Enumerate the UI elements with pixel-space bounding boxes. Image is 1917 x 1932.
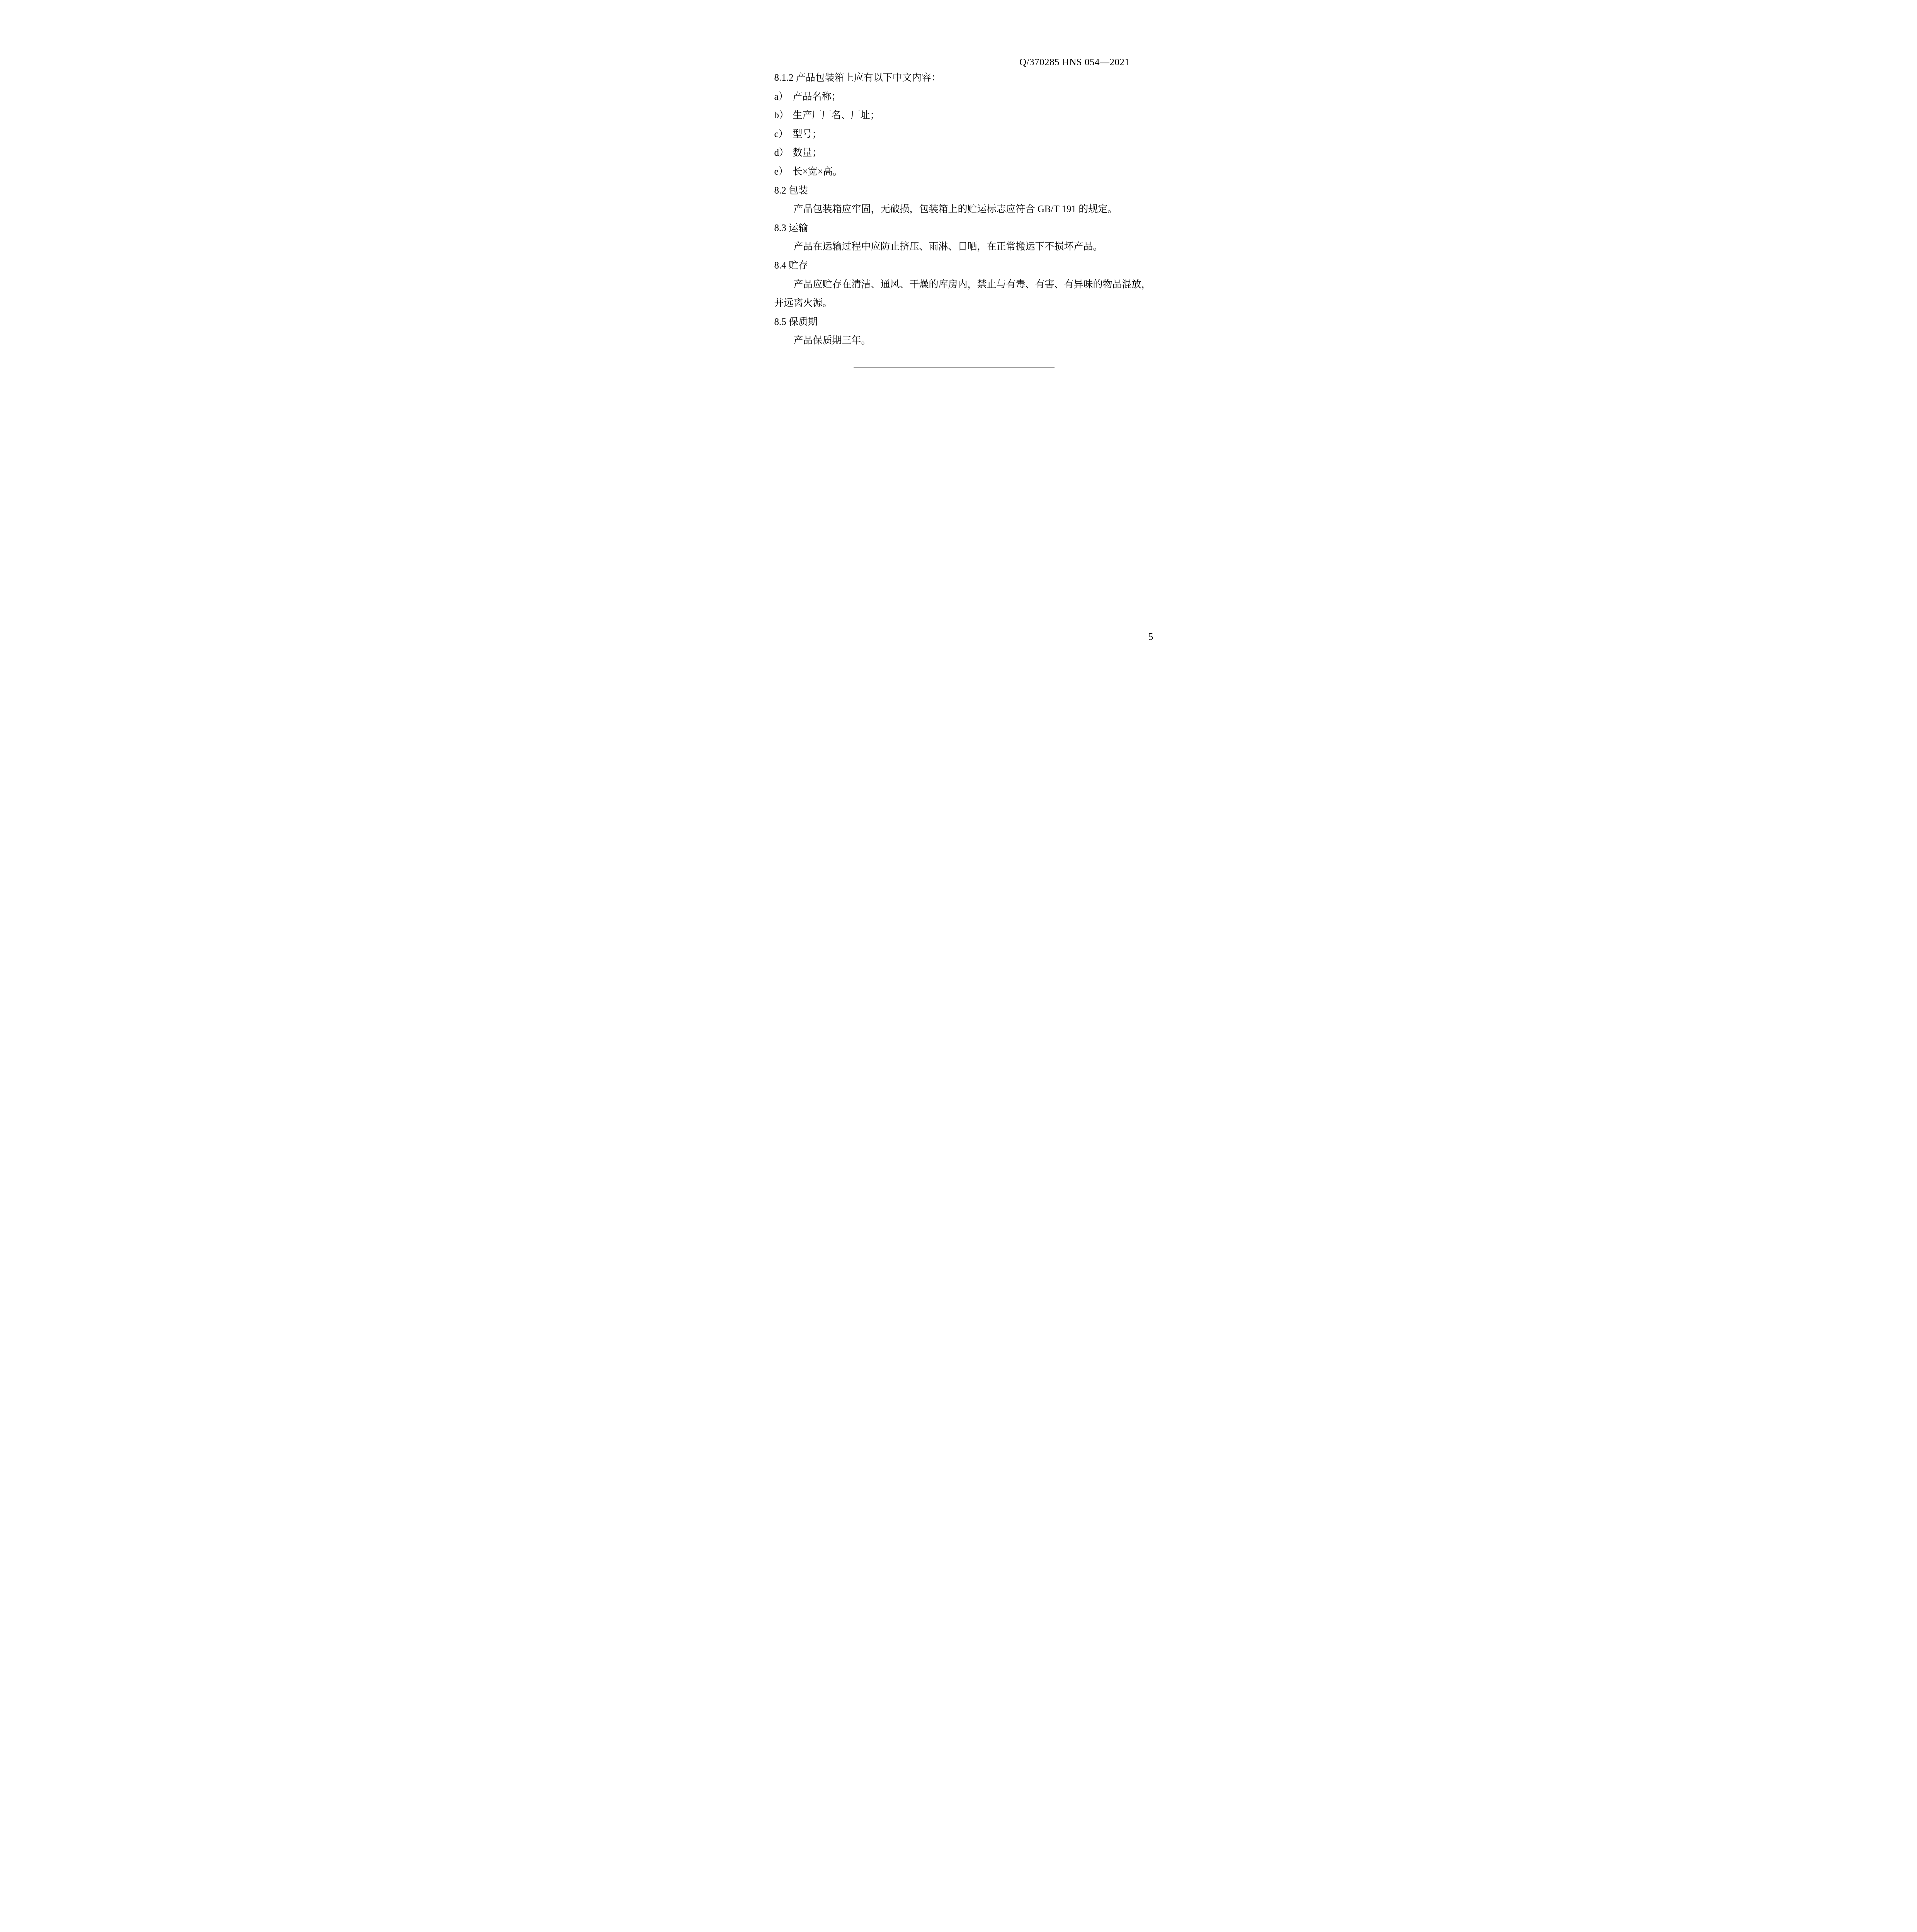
clause-8-4-heading: 8.4 贮存 [774, 257, 1155, 276]
clause-8-4-body: 产品应贮存在清洁、通风、干燥的库房内，禁止与有毒、有害、有异味的物品混放，并远离… [774, 276, 1155, 313]
clause-8-3-body: 产品在运输过程中应防止挤压、雨淋、日晒，在正常搬运下不损坏产品。 [774, 238, 1155, 257]
list-item-e-text: 长×宽×高。 [793, 167, 842, 177]
list-item-d-text: 数量； [793, 148, 822, 158]
list-item-e: e）长×宽×高。 [774, 163, 1155, 182]
list-item-c-text: 型号； [793, 129, 822, 139]
document-body: 8.1.2 产品包装箱上应有以下中文内容： a）产品名称； b）生产厂厂名、厂址… [774, 69, 1155, 367]
list-item-b-text: 生产厂厂名、厂址； [793, 110, 880, 121]
end-of-text-divider [854, 367, 1055, 367]
page-number: 5 [1148, 629, 1153, 645]
clause-8-1-2-heading: 8.1.2 产品包装箱上应有以下中文内容： [774, 69, 1155, 88]
list-item-b-label: b） [774, 106, 793, 125]
list-item-e-label: e） [774, 163, 793, 182]
document-page: Q/370285 HNS 054—2021 8.1.2 产品包装箱上应有以下中文… [719, 0, 1198, 678]
list-item-c: c）型号； [774, 125, 1155, 144]
clause-8-2-heading: 8.2 包装 [774, 182, 1155, 201]
clause-8-5-heading: 8.5 保质期 [774, 313, 1155, 332]
list-item-c-label: c） [774, 125, 793, 144]
list-item-d: d）数量； [774, 144, 1155, 163]
clause-8-3-heading: 8.3 运输 [774, 219, 1155, 238]
list-item-a: a）产品名称； [774, 88, 1155, 107]
clause-8-2-body: 产品包装箱应牢固，无破损，包装箱上的贮运标志应符合 GB/T 191 的规定。 [774, 200, 1155, 219]
list-item-d-label: d） [774, 144, 793, 163]
list-item-a-text: 产品名称； [793, 92, 841, 102]
standard-number-header: Q/370285 HNS 054—2021 [1019, 56, 1130, 69]
clause-8-5-body: 产品保质期三年。 [774, 332, 1155, 350]
list-item-b: b）生产厂厂名、厂址； [774, 106, 1155, 125]
list-item-a-label: a） [774, 88, 793, 107]
